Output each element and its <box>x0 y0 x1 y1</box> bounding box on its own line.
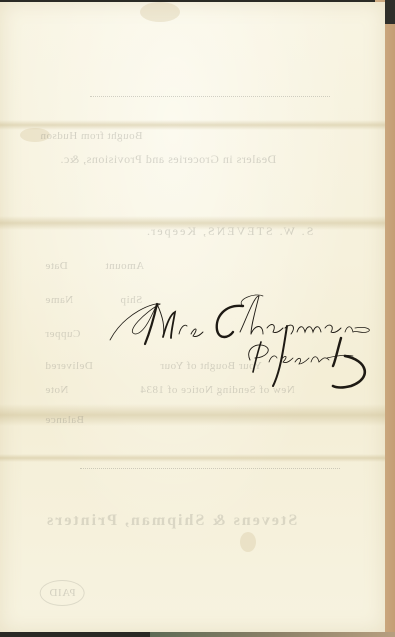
bleed-stamp: PAID <box>40 580 85 606</box>
scan-bottom-edge <box>150 632 395 637</box>
dotted-rule <box>80 468 340 469</box>
bleed-row-label: Date <box>45 260 68 272</box>
bleed-text: S. W. STEVENS, Keeper. <box>145 224 313 239</box>
bleed-text: Bought from Hudson <box>40 130 143 142</box>
bleed-row-label: Name <box>45 294 73 306</box>
bleed-row-label: Cupper <box>45 328 80 340</box>
bleed-row-label: Delivered <box>45 360 93 372</box>
bleed-text: Dealers in Groceries and Provisions, &c. <box>60 152 276 167</box>
scan-background <box>385 0 395 24</box>
dotted-rule <box>90 96 330 97</box>
handwritten-address <box>105 282 375 392</box>
fold-line <box>0 120 385 130</box>
bleed-row-label: Balance <box>45 414 84 426</box>
document-sheet: Bought from Hudson Dealers in Groceries … <box>0 2 385 632</box>
stain <box>240 532 256 552</box>
bleed-footer: Stevens & Shipman, Printers <box>45 512 297 530</box>
fold-line <box>0 454 385 462</box>
bleed-row-label: Note <box>45 384 68 396</box>
bleed-row-value: Amount <box>105 260 144 272</box>
stain <box>140 2 180 22</box>
